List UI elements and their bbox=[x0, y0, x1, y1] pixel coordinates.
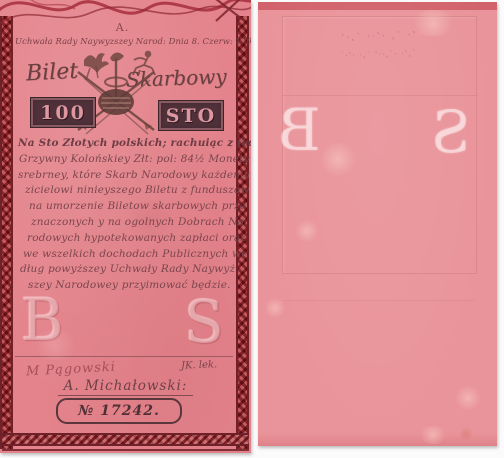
banknote-back: ’· ˙‚ ·’·· ˙‚·’ ˙‚’· ·˙‚··’ ˙‚· ·’·˙ B S bbox=[258, 2, 497, 446]
frame-bottom-line bbox=[2, 449, 249, 451]
series-letter: A. bbox=[0, 21, 245, 34]
ornament-border-bottom bbox=[2, 433, 249, 446]
embossing-impression-line-2 bbox=[284, 300, 475, 301]
body-line: na umorzenie Biletow skarbowych prze bbox=[29, 199, 235, 215]
paper-blotch bbox=[418, 426, 448, 444]
decree-body-text: Na Sto Złotych polskich; rachuiąc z iedn… bbox=[18, 136, 235, 294]
paper-stain bbox=[458, 428, 474, 440]
paper-blotch bbox=[408, 10, 458, 36]
denomination-word-plate: STO bbox=[158, 100, 224, 131]
paper-blotch bbox=[294, 220, 320, 242]
signature-center-text: A. Michałowski: bbox=[58, 378, 194, 396]
denomination-numeral: 100 bbox=[40, 102, 86, 124]
decree-header-line: Uchwała Rady Naywyzszey Narod: Dnia 8. C… bbox=[15, 36, 235, 46]
body-line: rodowych hypotekowanych zapłaci oraz bbox=[27, 231, 235, 247]
paper-blotch bbox=[318, 142, 358, 176]
watermark-letter-s: S bbox=[184, 288, 224, 356]
body-line: zicielowi ninieyszego Biletu z funduszow bbox=[25, 183, 235, 199]
body-line: znaczonych y na ogolnych Dobrach Na bbox=[31, 215, 235, 231]
signature-center: A. Michałowski: bbox=[0, 378, 251, 394]
back-watermark-letter-s: S bbox=[431, 98, 471, 166]
serial-number: № 17242. bbox=[78, 403, 160, 419]
body-line: dług powyższey Uchwały Rady Naywyż bbox=[20, 262, 235, 278]
liberty-cap-icon bbox=[110, 52, 124, 61]
body-line: we wszelkich dochodach Publicznych we bbox=[23, 247, 235, 263]
back-watermark-letter-b: B bbox=[278, 96, 321, 164]
denomination-numeral-plate: 100 bbox=[30, 97, 96, 128]
body-line: Na Sto Złotych polskich; rachuiąc z iedn… bbox=[18, 136, 235, 152]
body-line: srebrney, które Skarb Narodowy każdemu U… bbox=[18, 168, 235, 184]
paper-blotch bbox=[264, 298, 286, 318]
paper-blotch bbox=[454, 386, 482, 410]
serial-number-box: № 17242. bbox=[56, 398, 182, 424]
denomination-word: STO bbox=[166, 105, 216, 127]
scan-page: A. Uchwała Rady Naywyzszey Narod: Dnia 8… bbox=[0, 0, 504, 458]
banknote-front: A. Uchwała Rady Naywyzszey Narod: Dnia 8… bbox=[0, 0, 251, 453]
signature-right: JK. lek. bbox=[181, 359, 218, 371]
signature-divider-line bbox=[15, 356, 233, 357]
shield-icon bbox=[98, 89, 134, 115]
watermark-letter-b: B bbox=[21, 286, 64, 354]
body-line: Grzywny Kolońskiey Złt: pol: 84½ Monety bbox=[19, 152, 235, 168]
signature-left: M Pągowski bbox=[26, 360, 117, 380]
